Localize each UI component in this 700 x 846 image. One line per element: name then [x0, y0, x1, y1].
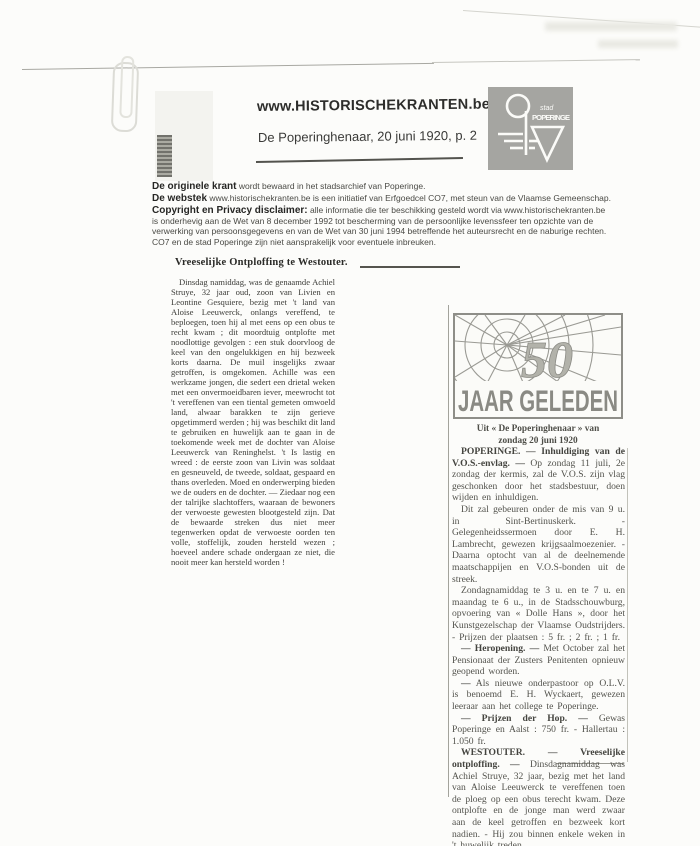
clipping-source: Uit « De Poperinghenaar » van zondag 20 …	[453, 424, 623, 447]
clipping-left-edge	[448, 305, 449, 797]
paragraph-text: Als nieuwe onderpastoor op O.L.V. is ben…	[452, 678, 625, 712]
article-body: Dinsdag namiddag, was de genaamde Achiel…	[171, 277, 335, 567]
bleedthrough-smudge	[545, 22, 677, 31]
paragraph-text: Dit zal gebeuren onder de mis van 9 u. i…	[452, 504, 625, 585]
notice-webstek-rest: www.historischekranten.be is een initiat…	[207, 193, 611, 203]
paragraph-lead: — Heropening. —	[461, 643, 539, 654]
bleedthrough-smudge	[598, 40, 678, 48]
logo-text-poperinge: POPERINGE	[532, 113, 570, 122]
edition-line: De Poperinghenaar, 20 juni 1920, p. 2	[258, 128, 477, 145]
masthead-number: 50	[521, 332, 573, 389]
crozier-icon: stad POPERINGE	[488, 87, 573, 170]
header-rule	[256, 157, 463, 163]
paragraph-lead: —	[461, 678, 471, 689]
clipping-paragraph: Dit zal gebeuren onder de mis van 9 u. i…	[452, 504, 625, 585]
paragraph-text: Dinsdagnamiddag was Achiel Struye, 32 ja…	[452, 759, 625, 846]
paperclip	[111, 62, 139, 133]
notice-original: De originele krant wordt bewaard in het …	[152, 181, 612, 192]
clipping-right-edge	[627, 448, 628, 762]
notice-webstek-lead: De webstek	[152, 193, 207, 204]
notice-webstek: De webstek www.historischekranten.be is …	[152, 193, 612, 204]
site-title: www.HISTORISCHEKRANTEN.be	[257, 97, 490, 115]
article-title-rule	[360, 266, 460, 268]
notice-original-rest: wordt bewaard in het stadsarchief van Po…	[236, 181, 425, 191]
notice-original-lead: De originele krant	[152, 181, 236, 192]
logo-text-stad: stad	[540, 105, 554, 112]
scan-crease-line-left	[22, 63, 434, 70]
notice-copyright: Copyright en Privacy disclaimer: alle in…	[152, 205, 610, 247]
masthead-words: JAAR GELEDEN	[458, 385, 618, 417]
stad-poperinge-logo: stad POPERINGE	[488, 87, 573, 170]
clipping-source-line1: Uit « De Poperinghenaar » van	[453, 424, 623, 436]
clipping-paragraph: — Heropening. — Met October zal het Pens…	[452, 643, 625, 678]
clipping-paragraph: — Als nieuwe onderpastoor op O.L.V. is b…	[452, 678, 625, 713]
paragraph-text: Zondagnamiddag te 3 u. en te 7 u. en maa…	[452, 585, 625, 642]
scanned-page: www.HISTORISCHEKRANTEN.be De Poperinghen…	[0, 0, 700, 846]
clipping-paragraph: — Prijzen der Hop. — Gewas Poperinge en …	[452, 713, 625, 748]
article-title: Vreeselijke Ontploffing te Westouter.	[175, 257, 348, 268]
masthead-50-jaar-geleden: 50 JAAR GELEDEN	[453, 313, 623, 419]
clipping-body: POPERINGE. — Inhuldiging van de V.O.S.-e…	[452, 446, 625, 846]
notice-copyright-lead: Copyright en Privacy disclaimer:	[152, 205, 308, 216]
paragraph-lead: — Prijzen der Hop. —	[461, 713, 588, 724]
newspaper-thumbnail-detail	[157, 135, 172, 177]
scan-crease-line-right	[432, 59, 640, 63]
clipping-paragraph: Zondagnamiddag te 3 u. en te 7 u. en maa…	[452, 585, 625, 643]
spiderweb-icon: 50 JAAR GELEDEN	[455, 315, 621, 417]
clipping-paragraph: POPERINGE. — Inhuldiging van de V.O.S.-e…	[452, 446, 625, 504]
clipping-paragraph: WESTOUTER. — Vreeselijke ontploffing. — …	[452, 747, 625, 846]
